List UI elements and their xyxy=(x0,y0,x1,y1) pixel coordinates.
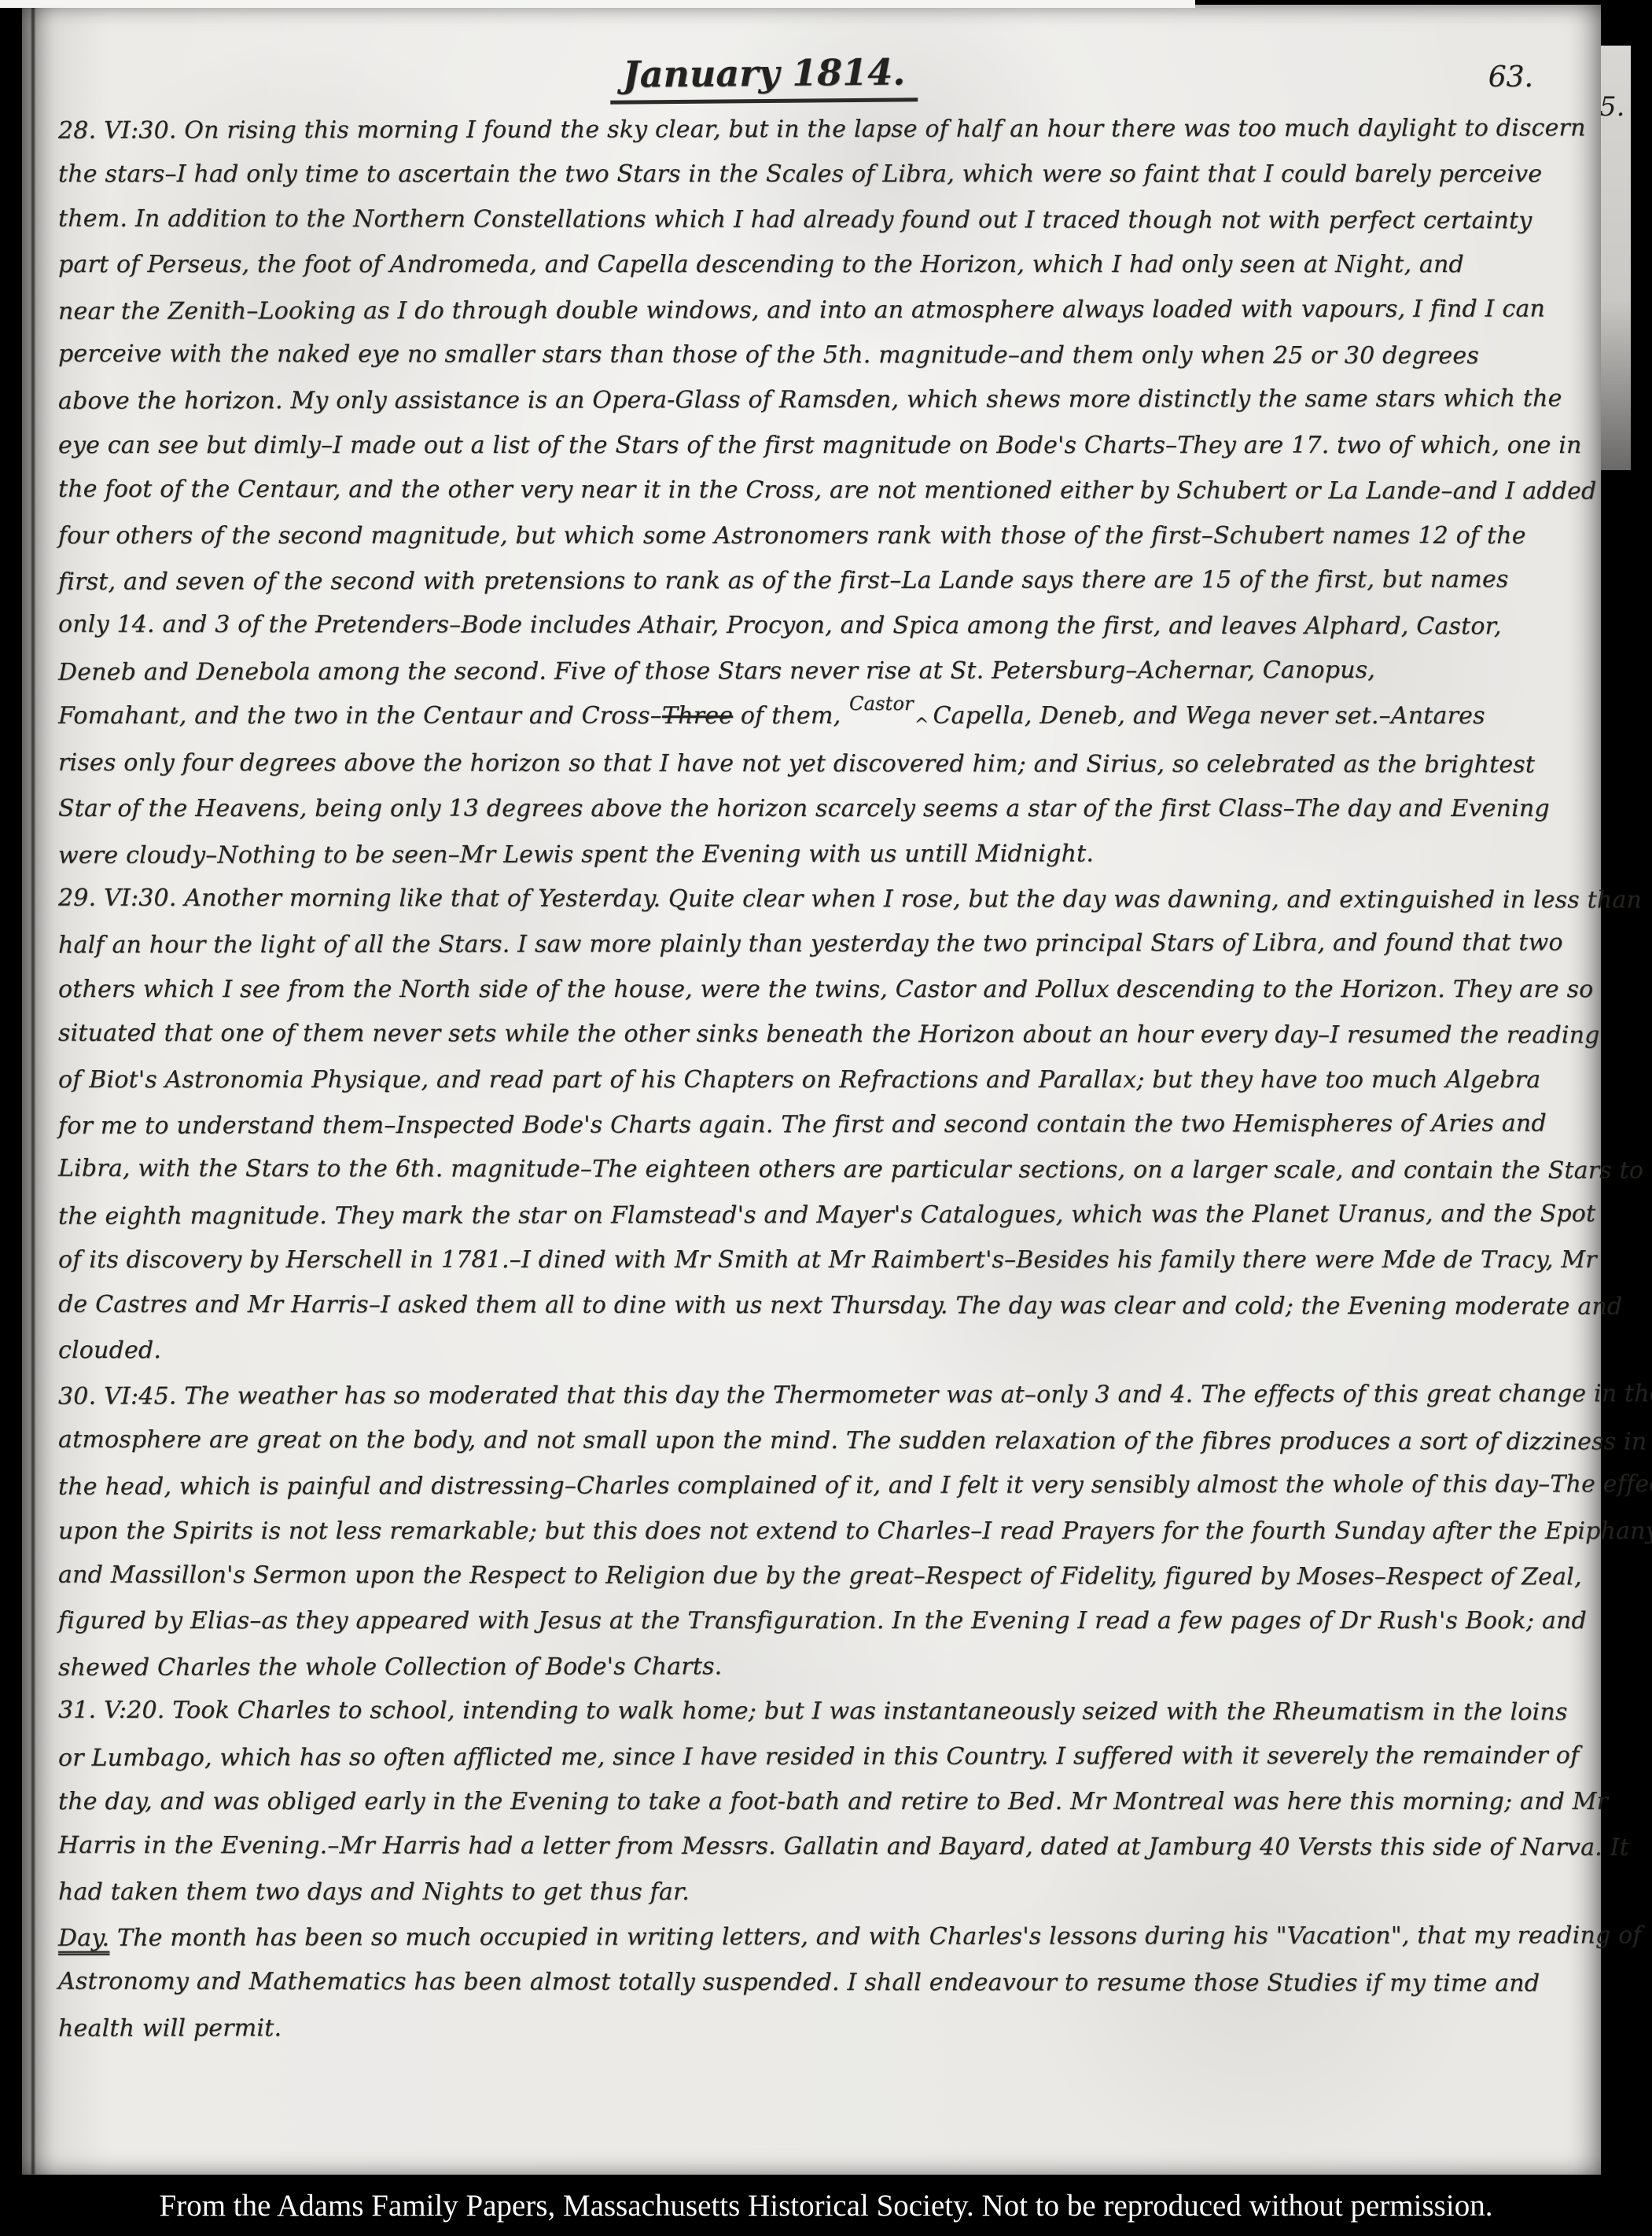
diary-line: perceive with the naked eye no smaller s… xyxy=(58,332,1591,379)
diary-line: Star of the Heavens, being only 13 degre… xyxy=(58,786,1591,831)
diary-line: four others of the second magnitude, but… xyxy=(58,513,1591,558)
page-number: 63. xyxy=(1488,61,1533,94)
diary-line: 31. V:20. Took Charles to school, intend… xyxy=(58,1688,1591,1735)
diary-line: 28. VI:30. On rising this morning I foun… xyxy=(58,105,1591,153)
diary-line: the head, which is painful and distressi… xyxy=(58,1462,1591,1510)
title-row: January 1814. xyxy=(22,52,1601,103)
struck-word: Three xyxy=(662,702,733,730)
binding-gutter-line xyxy=(31,5,35,2175)
scan-edge-artifact xyxy=(0,0,1195,8)
diary-line: situated that one of them never sets whi… xyxy=(58,1011,1591,1058)
diary-line: and Massillon's Sermon upon the Respect … xyxy=(58,1553,1591,1600)
inserted-word: Castor xyxy=(849,682,914,726)
diary-line: Libra, with the Stars to the 6th. magnit… xyxy=(58,1146,1591,1193)
footer-bar: From the Adams Family Papers, Massachuse… xyxy=(0,2175,1652,2236)
diary-line: shewed Charles the whole Collection of B… xyxy=(58,1642,1591,1690)
handwriting: 28. VI:30. On rising this morning I foun… xyxy=(58,107,1591,2050)
diary-line: figured by Elias–as they appeared with J… xyxy=(58,1598,1591,1643)
diary-line: health will permit. xyxy=(58,2003,1591,2051)
diary-line: Day. The month has been so much occupied… xyxy=(58,1914,1591,1962)
diary-line: Astronomy and Mathematics has been almos… xyxy=(58,1958,1591,2006)
diary-line: Harris in the Evening.–Mr Harris had a l… xyxy=(58,1823,1591,1870)
diary-line: first, and seven of the second with pret… xyxy=(58,557,1591,605)
diary-line: part of Perseus, the foot of Andromeda, … xyxy=(58,242,1591,287)
footer-credit: From the Adams Family Papers, Massachuse… xyxy=(160,2188,1493,2223)
diary-line: atmosphere are great on the body, and no… xyxy=(58,1417,1591,1464)
diary-line: others which I see from the North side o… xyxy=(58,967,1591,1012)
page-number-behind: 5. xyxy=(1599,91,1624,123)
diary-line: for me to understand them–Inspected Bode… xyxy=(58,1101,1591,1149)
diary-line: 30. VI:45. The weather has so moderated … xyxy=(58,1372,1591,1420)
manuscript-page: January 1814. 63. 28. VI:30. On rising t… xyxy=(22,5,1601,2175)
diary-line: the day, and was obliged early in the Ev… xyxy=(58,1779,1591,1824)
diary-line: rises only four degrees above the horizo… xyxy=(58,740,1591,787)
diary-line: Deneb and Denebola among the second. Fiv… xyxy=(58,647,1591,695)
diary-line: the foot of the Centaur, and the other v… xyxy=(58,467,1591,514)
diary-line: of Biot's Astronomia Physique, and read … xyxy=(58,1057,1591,1102)
diary-line: the eighth magnitude. They mark the star… xyxy=(58,1191,1591,1239)
diary-line: clouded. xyxy=(58,1328,1591,1373)
diary-line: them. In addition to the Northern Conste… xyxy=(58,196,1591,243)
diary-line: half an hour the light of all the Stars.… xyxy=(58,921,1591,969)
diary-line: de Castres and Mr Harris–I asked them al… xyxy=(58,1282,1591,1329)
diary-line: 29. VI:30. Another morning like that of … xyxy=(58,876,1591,923)
manuscript-scan: 5. January 1814. 63. 28. VI:30. On risin… xyxy=(0,0,1652,2236)
page-title: January 1814. xyxy=(610,50,918,104)
diary-line: above the horizon. My only assistance is… xyxy=(58,377,1591,425)
underlined-word: Day. xyxy=(58,1925,109,1952)
diary-line: only 14. and 3 of the Pretenders–Bode in… xyxy=(58,602,1591,649)
diary-line: of its discovery by Herschell in 1781.–I… xyxy=(58,1238,1591,1282)
diary-line: had taken them two days and Nights to ge… xyxy=(58,1870,1591,1914)
diary-line: the stars–I had only time to ascertain t… xyxy=(58,152,1591,197)
diary-line: eye can see but dimly–I made out a list … xyxy=(58,423,1591,468)
diary-line: Fomahant, and the two in the Centaur and… xyxy=(58,693,1591,741)
diary-line: or Lumbago, which has so often afflicted… xyxy=(58,1733,1591,1781)
diary-line: near the Zenith–Looking as I do through … xyxy=(58,286,1591,334)
diary-line: were cloudy–Nothing to be seen–Mr Lewis … xyxy=(58,830,1591,878)
diary-line: upon the Spirits is not less remarkable;… xyxy=(58,1509,1591,1554)
